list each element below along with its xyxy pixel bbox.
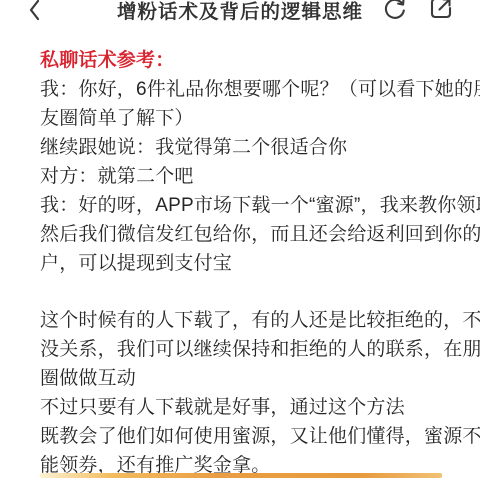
text-line: 既教会了他们如何使用蜜源，又让他们懂得，蜜源不仅 (40, 422, 480, 451)
highlight-bar (40, 473, 442, 478)
text-line: 户，可以提现到支付宝 (40, 249, 480, 278)
top-nav-bar: 增粉话术及背后的逻辑思维 (0, 0, 480, 30)
text-line: 这个时候有的人下载了，有的人还是比较拒绝的，不过 (40, 306, 480, 335)
text-line: 圈做做互动 (40, 364, 480, 393)
text-line: 然后我们微信发红包给你，而且还会给返利回到你的账 (40, 220, 480, 249)
text-line: 我：好的呀，APP市场下载一个“蜜源”，我来教你领取 (40, 191, 480, 220)
text-line: 友圈简单了解下） (40, 104, 480, 133)
note-viewer-screen: 增粉话术及背后的逻辑思维 私聊话术参考： 我：你好，6件礼品你想 (0, 0, 480, 480)
share-icon (428, 0, 454, 21)
text-line: 继续跟她说：我觉得第二个很适合你 (40, 133, 480, 162)
chevron-left-icon (22, 0, 48, 22)
text-line: 没关系，我们可以继续保持和拒绝的人的联系，在朋友 (40, 335, 480, 364)
page-title: 增粉话术及背后的逻辑思维 (117, 0, 363, 24)
note-body: 私聊话术参考： 我：你好，6件礼品你想要哪个呢？（可以看下她的朋 友圈简单了解下… (40, 46, 480, 480)
paragraph-script: 我：你好，6件礼品你想要哪个呢？（可以看下她的朋 友圈简单了解下） 继续跟她说：… (40, 75, 480, 278)
refresh-icon (382, 0, 408, 21)
text-line: 我：你好，6件礼品你想要哪个呢？（可以看下她的朋 (40, 75, 480, 104)
text-line: 对方：就第二个吧 (40, 162, 480, 191)
refresh-button[interactable] (382, 0, 408, 21)
back-button[interactable] (22, 0, 48, 22)
paragraph-logic: 这个时候有的人下载了，有的人还是比较拒绝的，不过 没关系，我们可以继续保持和拒绝… (40, 306, 480, 480)
section-heading: 私聊话术参考： (40, 46, 480, 75)
text-line: 不过只要有人下载就是好事，通过这个方法 (40, 393, 480, 422)
share-button[interactable] (428, 0, 454, 21)
